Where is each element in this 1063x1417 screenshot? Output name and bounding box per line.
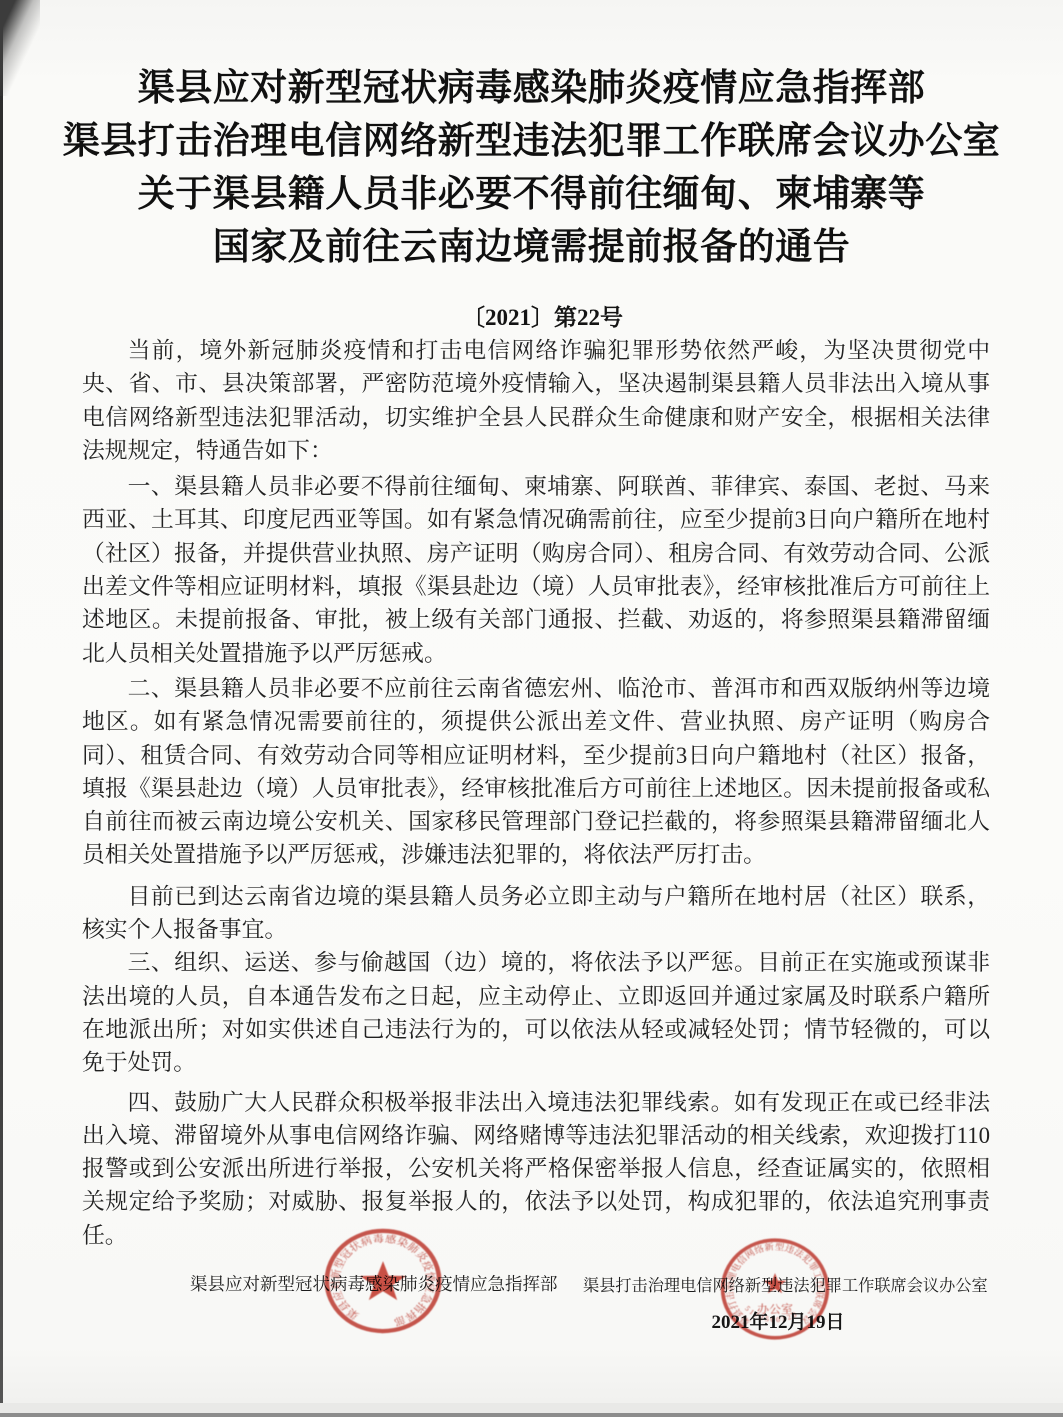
scan-bottom-edge (0, 1413, 1063, 1417)
document-body: 当前，境外新冠肺炎疫情和打击电信网络诈骗犯罪形势依然严峻，为坚决贯彻党中央、省、… (82, 334, 990, 1252)
seal-right-rim-text: 渠县打击治理电信网络新型违法犯罪工作联席会议 (715, 1233, 835, 1345)
svg-text:渠县打击治理电信网络新型违法犯罪工作联席会议: 渠县打击治理电信网络新型违法犯罪工作联席会议 (715, 1233, 835, 1345)
title-line-1: 渠县应对新型冠状病毒感染肺炎疫情应急指挥部 (0, 62, 1063, 115)
star-icon (764, 1273, 787, 1293)
title-line-2: 渠县打击治理电信网络新型违法犯罪工作联席会议办公室 (0, 115, 1063, 168)
paragraph-item-1: 一、渠县籍人员非必要不得前往缅甸、柬埔寨、阿联酋、菲律宾、泰国、老挝、马来西亚、… (82, 470, 990, 670)
title-line-4: 国家及前往云南边境需提前报备的通告 (0, 221, 1063, 274)
paragraph-item-2: 二、渠县籍人员非必要不应前往云南省德宏州、临沧市、普洱市和西双版纳州等边境地区。… (82, 672, 990, 872)
star-icon (360, 1261, 406, 1300)
official-seal-right: 渠县打击治理电信网络新型违法犯罪工作联席会议 办公室 5172500320 (715, 1233, 835, 1345)
paragraph-item-4: 四、鼓励广大人民群众积极举报非法出入境违法犯罪线索。如有发现正在或已经非法出入境… (82, 1086, 990, 1252)
paragraph-item-3: 三、组织、运送、参与偷越国（边）境的，将依法予以严惩。目前正在实施或预谋非法出境… (82, 946, 990, 1079)
document-number: 〔2021〕第22号 (0, 299, 1063, 332)
title-line-3: 关于渠县籍人员非必要不得前往缅甸、柬埔寨等 (0, 168, 1063, 221)
official-seal-left: 渠县应对新型冠状病毒感染肺炎疫情应急指挥部 (318, 1223, 448, 1339)
document-title: 渠县应对新型冠状病毒感染肺炎疫情应急指挥部 渠县打击治理电信网络新型违法犯罪工作… (0, 62, 1063, 274)
paragraph-note: 目前已到达云南省边境的渠县籍人员务必立即主动与户籍所在地村居（社区）联系，核实个… (82, 880, 990, 947)
paragraph-intro: 当前，境外新冠肺炎疫情和打击电信网络诈骗犯罪形势依然严峻，为坚决贯彻党中央、省、… (82, 334, 990, 467)
scanned-notice-page: 渠县应对新型冠状病毒感染肺炎疫情应急指挥部 渠县打击治理电信网络新型违法犯罪工作… (0, 0, 1063, 1417)
